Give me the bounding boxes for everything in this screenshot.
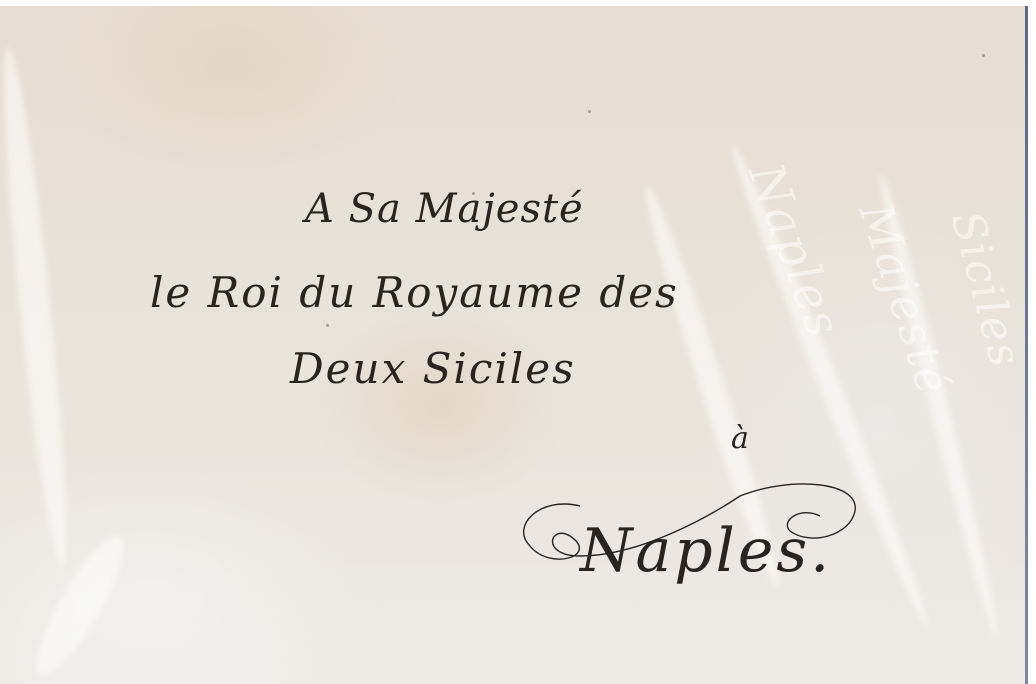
paper-crease [0,46,77,566]
address-line-salutation: A Sa Majesté [305,186,584,232]
paper-speck [472,192,475,195]
paper-crease [23,527,138,684]
paper-speck [588,110,591,113]
paper-speck [326,324,329,327]
address-line-kingdom: Deux Siciles [290,344,576,393]
show-through-writing: Siciles [941,206,1028,373]
address-line-preposition: à [731,421,750,456]
paper-speck [982,54,985,57]
address-line-title: le Roi du Royaume des [150,268,679,317]
show-through-writing: Naples [737,156,852,346]
address-line-city: Naples. [580,516,832,586]
envelope: Naples Majesté Siciles A Sa Majesté le R… [0,6,1028,684]
